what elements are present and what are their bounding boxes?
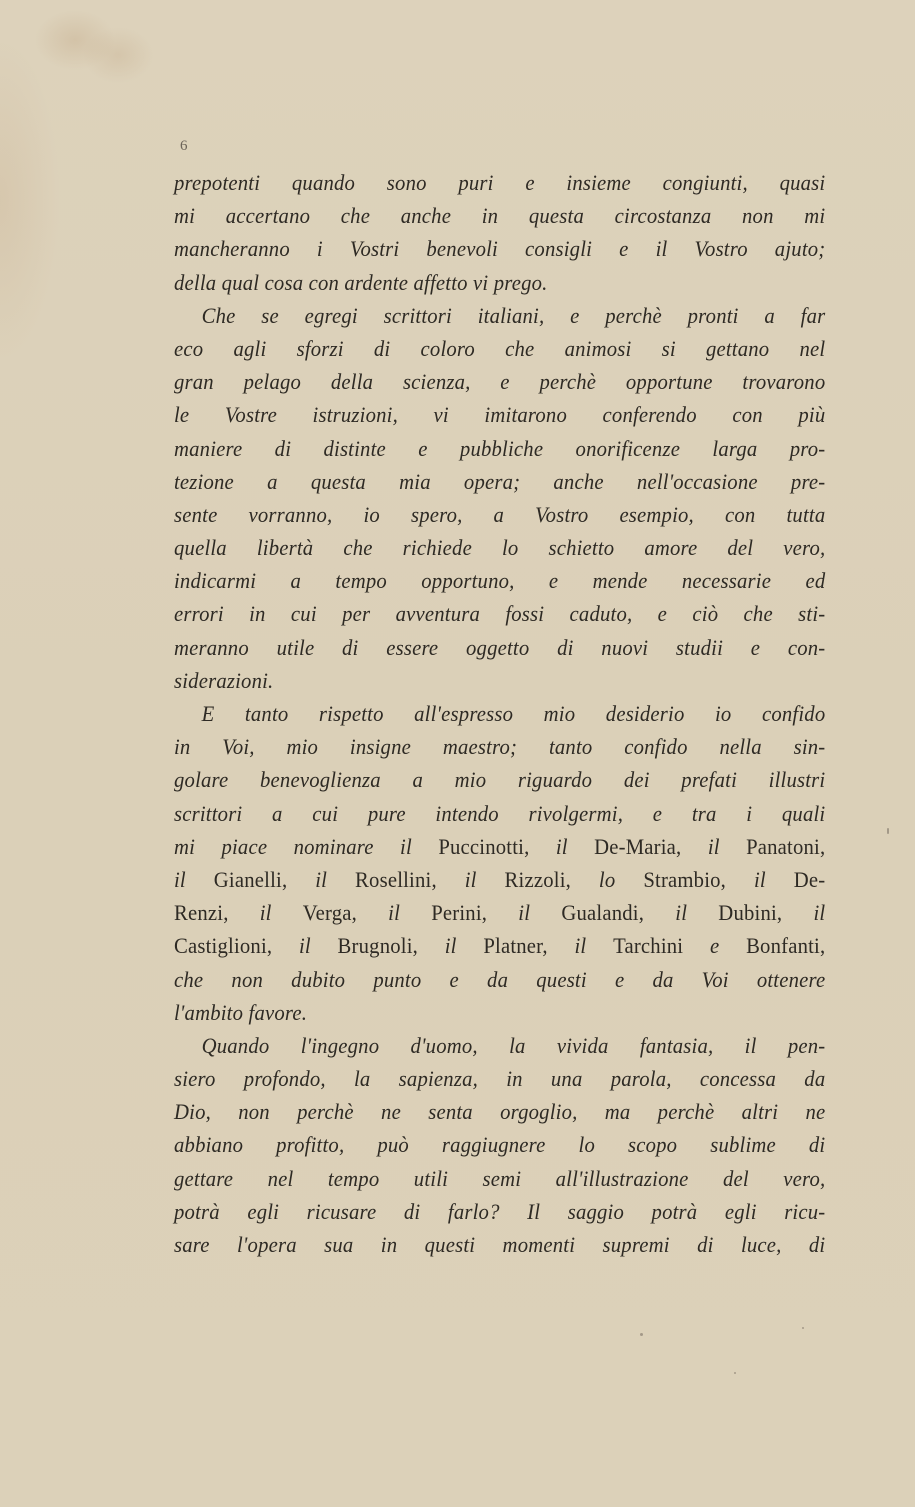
text-line: Quando l'ingegno d'uomo, la vivida fanta… — [174, 1029, 825, 1062]
text-segment: mancheranno i Vostri benevoli consigli e… — [174, 236, 825, 261]
text-segment: mi accertano che anche in questa circost… — [174, 203, 825, 228]
proper-name: Verga, — [303, 900, 388, 925]
text-line: Che se egregi scrittori italiani, e perc… — [174, 299, 825, 332]
text-segment: le Vostre istruzioni, vi imitarono confe… — [174, 402, 825, 427]
body-text: prepotenti quando sono puri e insieme co… — [174, 166, 826, 1261]
paper-speck — [887, 828, 889, 834]
text-segment: l'ambito favore. — [174, 1000, 307, 1025]
text-line: in Voi, mio insigne maestro; tanto confi… — [174, 730, 825, 763]
proper-name: Strambio, — [643, 867, 754, 892]
proper-name: Renzi, — [174, 900, 260, 925]
text-segment: e — [710, 933, 746, 958]
paper-speck — [640, 1333, 643, 1336]
text-segment: siderazioni. — [174, 668, 273, 693]
text-line: maniere di distinte e pubbliche onorific… — [174, 432, 825, 465]
proper-name: Brugnoli, — [338, 933, 445, 958]
text-segment: che non dubito punto e da questi e da Vo… — [174, 967, 825, 992]
text-segment: errori in cui per avventura fossi caduto… — [174, 601, 825, 626]
text-line: l'ambito favore. — [174, 996, 825, 1029]
text-line: abbiano profitto, può raggiugnere lo sco… — [174, 1128, 825, 1161]
text-segment: il — [465, 867, 505, 892]
text-line: sare l'opera sua in questi momenti supre… — [174, 1228, 825, 1261]
text-line: errori in cui per avventura fossi caduto… — [174, 597, 825, 630]
text-segment: prepotenti quando sono puri e insieme co… — [174, 170, 825, 195]
text-segment: abbiano profitto, può raggiugnere lo sco… — [174, 1132, 825, 1157]
text-segment: Che se egregi scrittori italiani, e perc… — [202, 303, 826, 328]
text-line: scrittori a cui pure intendo rivolgermi,… — [174, 797, 825, 830]
proper-name: Platner, — [483, 933, 574, 958]
proper-name: Gualandi, — [561, 900, 675, 925]
text-segment: potrà egli ricusare di farlo? Il saggio … — [174, 1199, 825, 1224]
text-segment: il — [813, 900, 825, 925]
proper-name: Castiglioni, — [174, 933, 299, 958]
text-line: Renzi, il Verga, il Perini, il Gualandi,… — [174, 896, 825, 929]
proper-name: Dubini, — [718, 900, 813, 925]
page-number: 6 — [180, 138, 188, 155]
text-line: mancheranno i Vostri benevoli consigli e… — [174, 232, 825, 265]
text-line: eco agli sforzi di coloro che animosi si… — [174, 332, 825, 365]
text-line: gettare nel tempo utili semi all'illustr… — [174, 1162, 825, 1195]
text-segment: indicarmi a tempo opportuno, e mende nec… — [174, 568, 825, 593]
paper-speck — [734, 1372, 736, 1374]
text-segment: golare benevoglienza a mio riguardo dei … — [174, 767, 825, 792]
text-segment: Quando l'ingegno d'uomo, la vivida fanta… — [202, 1033, 826, 1058]
text-segment: sente vorranno, io spero, a Vostro esemp… — [174, 502, 825, 527]
text-segment: il — [518, 900, 561, 925]
text-line: Castiglioni, il Brugnoli, il Platner, il… — [174, 929, 825, 962]
text-segment: Dio, non perchè ne senta orgoglio, ma pe… — [174, 1099, 825, 1124]
text-segment: il — [315, 867, 355, 892]
text-line: quella libertà che richiede lo schietto … — [174, 531, 825, 564]
text-segment: il — [556, 834, 594, 859]
text-segment: il — [708, 834, 746, 859]
text-line: mi piace nominare il Puccinotti, il De-M… — [174, 830, 825, 863]
text-segment: il — [174, 867, 214, 892]
text-line: meranno utile di essere oggetto di nuovi… — [174, 631, 825, 664]
text-segment: sare l'opera sua in questi momenti supre… — [174, 1232, 825, 1257]
text-segment: il — [388, 900, 431, 925]
text-segment: meranno utile di essere oggetto di nuovi… — [174, 635, 825, 660]
text-segment: il — [575, 933, 614, 958]
text-segment: tezione a questa mia opera; anche nell'o… — [174, 469, 825, 494]
text-line: che non dubito punto e da questi e da Vo… — [174, 963, 825, 996]
text-segment: il — [675, 900, 718, 925]
text-line: della qual cosa con ardente affetto vi p… — [174, 266, 825, 299]
text-segment: lo — [599, 867, 643, 892]
proper-name: Rosellini, — [355, 867, 465, 892]
proper-name: Gianelli, — [214, 867, 315, 892]
text-line: siderazioni. — [174, 664, 825, 697]
text-line: siero profondo, la sapienza, in una paro… — [174, 1062, 825, 1095]
proper-name: Panatoni, — [746, 834, 825, 859]
proper-name: Bonfanti, — [746, 933, 825, 958]
text-segment: mi piace nominare il — [174, 834, 438, 859]
proper-name: De-Maria, — [594, 834, 708, 859]
proper-name: Perini, — [431, 900, 518, 925]
text-line: prepotenti quando sono puri e insieme co… — [174, 166, 825, 199]
paper-speck — [802, 1327, 804, 1329]
text-line: il Gianelli, il Rosellini, il Rizzoli, l… — [174, 863, 825, 896]
proper-name: Rizzoli, — [505, 867, 599, 892]
text-segment: quella libertà che richiede lo schietto … — [174, 535, 825, 560]
text-line: tezione a questa mia opera; anche nell'o… — [174, 465, 825, 498]
text-segment: maniere di distinte e pubbliche onorific… — [174, 436, 825, 461]
text-line: indicarmi a tempo opportuno, e mende nec… — [174, 564, 825, 597]
proper-name: De- — [794, 867, 826, 892]
text-line: mi accertano che anche in questa circost… — [174, 199, 825, 232]
text-segment: il — [445, 933, 484, 958]
text-line: golare benevoglienza a mio riguardo dei … — [174, 763, 825, 796]
proper-name: Puccinotti, — [438, 834, 556, 859]
text-segment: gran pelago della scienza, e perchè oppo… — [174, 369, 825, 394]
text-segment: il — [299, 933, 338, 958]
text-segment: scrittori a cui pure intendo rivolgermi,… — [174, 801, 825, 826]
text-segment: della qual cosa con ardente affetto vi p… — [174, 270, 548, 295]
text-segment: gettare nel tempo utili semi all'illustr… — [174, 1166, 825, 1191]
book-page: 6 prepotenti quando sono puri e insieme … — [0, 0, 915, 1507]
text-line: potrà egli ricusare di farlo? Il saggio … — [174, 1195, 825, 1228]
text-segment: E tanto rispetto all'espresso mio deside… — [202, 701, 826, 726]
text-line: Dio, non perchè ne senta orgoglio, ma pe… — [174, 1095, 825, 1128]
text-segment: il — [754, 867, 794, 892]
text-line: le Vostre istruzioni, vi imitarono confe… — [174, 398, 825, 431]
text-segment: eco agli sforzi di coloro che animosi si… — [174, 336, 825, 361]
proper-name: Tarchini — [613, 933, 710, 958]
text-segment: in Voi, mio insigne maestro; tanto confi… — [174, 734, 825, 759]
text-line: E tanto rispetto all'espresso mio deside… — [174, 697, 825, 730]
text-line: gran pelago della scienza, e perchè oppo… — [174, 365, 825, 398]
text-segment: il — [260, 900, 303, 925]
text-line: sente vorranno, io spero, a Vostro esemp… — [174, 498, 825, 531]
text-segment: siero profondo, la sapienza, in una paro… — [174, 1066, 825, 1091]
